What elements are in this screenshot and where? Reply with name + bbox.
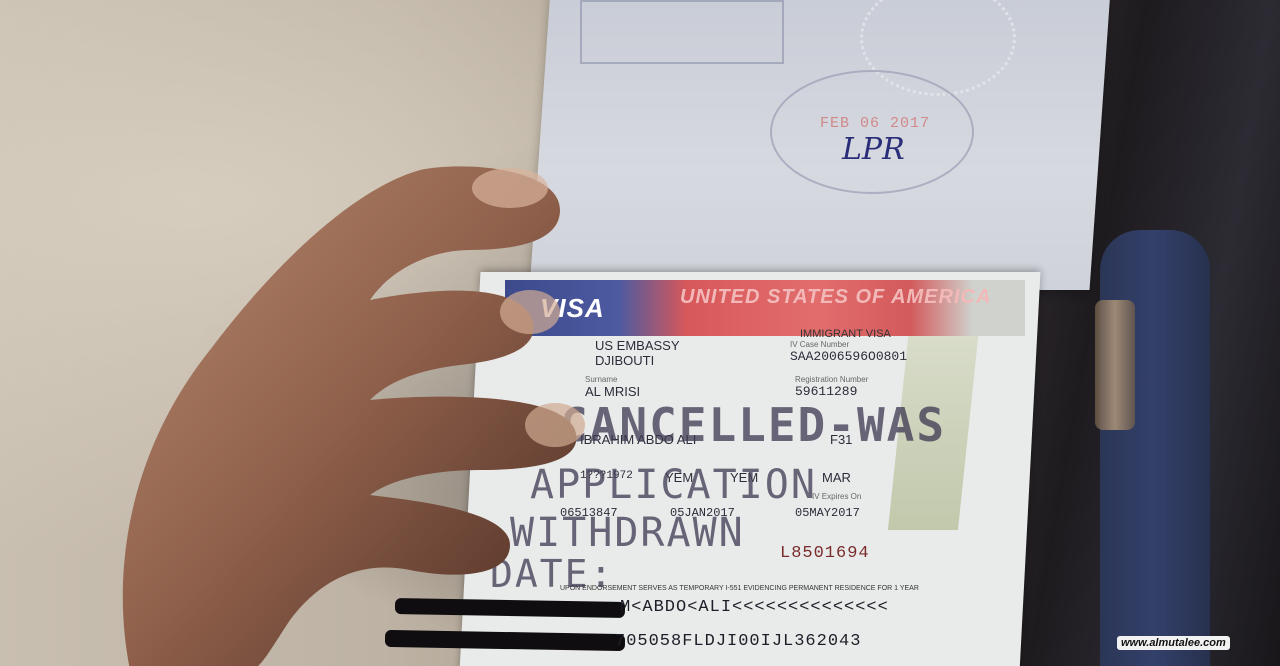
visa-banner-title: UNITED STATES OF AMERICA: [680, 286, 991, 309]
visa-number: L8501694: [780, 544, 870, 563]
expires-label: IV Expires On: [812, 492, 861, 501]
marital-status: MAR: [822, 470, 851, 485]
visa-type: IMMIGRANT VISA: [800, 328, 891, 340]
expires-label-field: IV Expires On: [812, 492, 861, 501]
surname: AL MRISI: [585, 384, 640, 399]
case-number-field: IV Case Number SAA2006596O0801: [790, 340, 907, 364]
cancel-stamp-line1: CANCELLED-WAS: [560, 398, 946, 452]
hand: [90, 150, 590, 666]
registration-number: 59611289: [795, 384, 868, 399]
registration-label: Registration Number: [795, 375, 868, 384]
surname-field: Surname AL MRISI: [585, 375, 640, 399]
handwritten-note: LPR: [842, 132, 905, 167]
entry-stamp-box: [580, 0, 784, 64]
shirt: [1100, 230, 1210, 666]
issuing-post: DJIBOUTI: [595, 353, 680, 368]
zipper: [1095, 300, 1135, 430]
expiry-date: 05MAY2017: [795, 506, 860, 520]
case-number-label: IV Case Number: [790, 340, 907, 349]
registration-field: Registration Number 59611289: [795, 375, 868, 399]
issuing-post-label: US EMBASSY: [595, 338, 680, 353]
watermark: www.almutalee.com: [1117, 636, 1230, 650]
surname-label: Surname: [585, 375, 640, 384]
mrz-line-1: M<ABDO<ALI<<<<<<<<<<<<<<: [620, 598, 889, 617]
mrz-line-2: 705058FLDJI00IJL362043: [615, 632, 861, 651]
issuing-post-label-field: US EMBASSY DJIBOUTI: [595, 338, 680, 368]
stamp-date: FEB 06 2017: [820, 115, 930, 132]
case-number: SAA2006596O0801: [790, 349, 907, 364]
